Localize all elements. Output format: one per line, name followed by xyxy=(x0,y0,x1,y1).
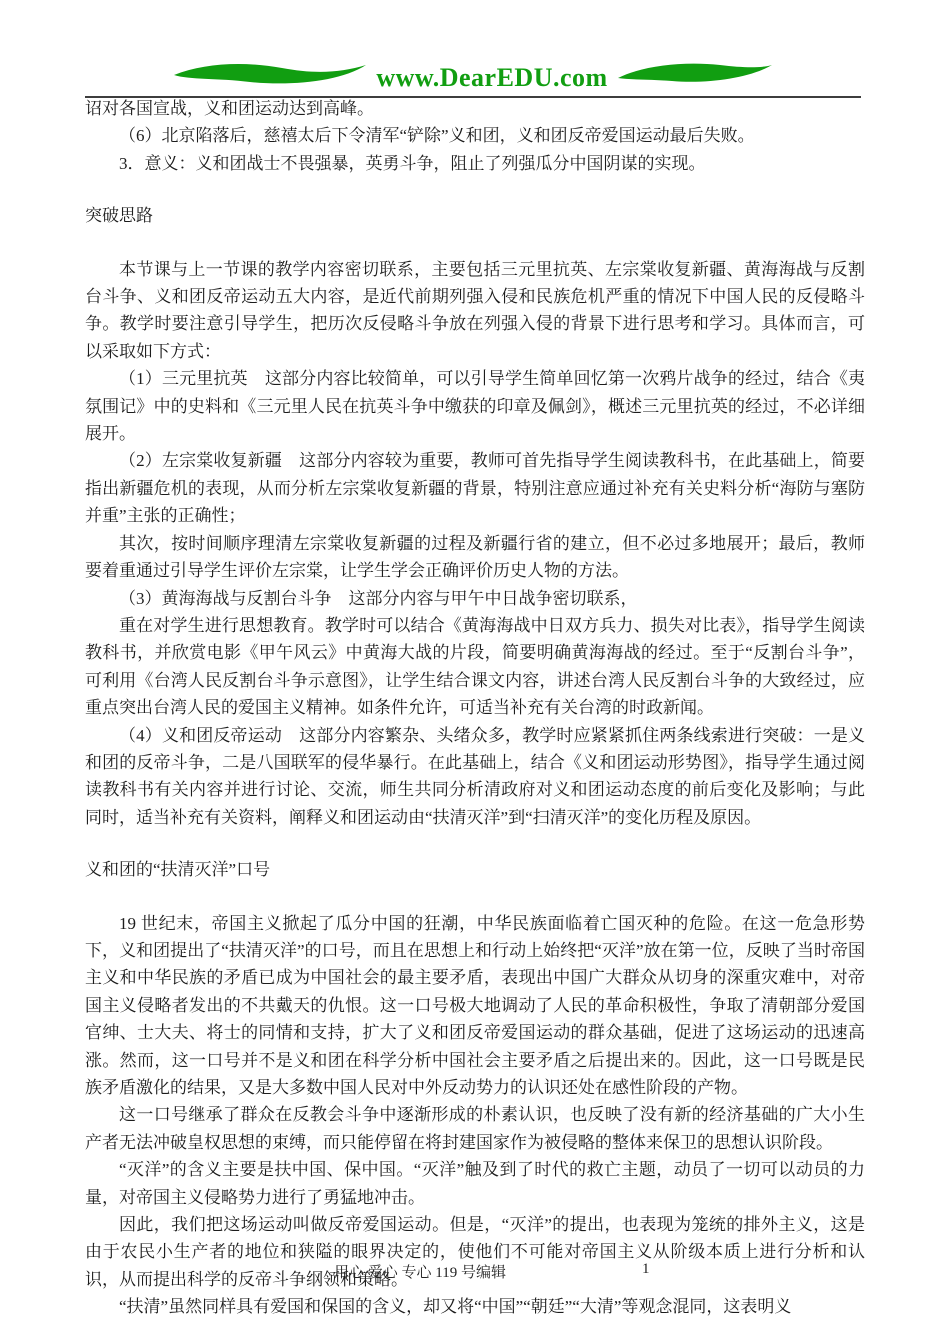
footer-page-number: 1 xyxy=(642,1261,650,1278)
paragraph: 这一口号继承了群众在反教会斗争中逐渐形成的朴素认识，也反映了没有新的经济基础的广… xyxy=(85,1101,865,1156)
paragraph: 3．意义：义和团战士不畏强暴，英勇斗争，阻止了列强瓜分中国阴谋的实现。 xyxy=(85,150,865,177)
paragraph: “灭洋”的含义主要是扶中国、保中国。“灭洋”触及到了时代的救亡主题，动员了一切可… xyxy=(85,1156,865,1211)
paragraph: （2）左宗棠收复新疆 这部分内容较为重要，教师可首先指导学生阅读教科书，在此基础… xyxy=(85,447,865,529)
paragraph: 19 世纪末，帝国主义掀起了瓜分中国的狂潮，中华民族面临着亡国灭种的危险。在这一… xyxy=(85,910,865,1102)
logo-swoosh-left-icon xyxy=(172,60,368,91)
paragraph: 重在对学生进行思想教育。教学时可以结合《黄海海战中日双方兵力、损失对比表》，指导… xyxy=(85,612,865,722)
logo-swoosh-right-icon xyxy=(616,60,774,91)
paragraph: 其次，按时间顺序理清左宗棠收复新疆的过程及新疆行省的建立，但不必过多地展开；最后… xyxy=(85,530,865,585)
paragraph: （3）黄海海战与反割台斗争 这部分内容与甲午中日战争密切联系， xyxy=(85,585,865,612)
section-heading: 义和团的“扶清灭洋”口号 xyxy=(85,856,865,883)
paragraph: 本节课与上一节课的教学内容密切联系，主要包括三元里抗英、左宗棠收复新疆、黄海海战… xyxy=(85,256,865,366)
paragraph: 诏对各国宣战，义和团运动达到高峰。 xyxy=(85,95,865,122)
section-heading: 突破思路 xyxy=(85,202,865,229)
dear-edu-logo-text: www.DearEDU.com xyxy=(376,65,607,91)
paragraph: （4）义和团反帝运动 这部分内容繁杂、头绪众多，教学时应紧紧抓住两条线索进行突破… xyxy=(85,722,865,832)
paragraph: （1）三元里抗英 这部分内容比较简单，可以引导学生简单回忆第一次鸦片战争的经过，… xyxy=(85,365,865,447)
site-header: www.DearEDU.com xyxy=(85,54,861,98)
paragraph: （6）北京陷落后，慈禧太后下令清军“铲除”义和团，义和团反帝爱国运动最后失败。 xyxy=(85,122,865,149)
document-body: 诏对各国宣战，义和团运动达到高峰。（6）北京陷落后，慈禧太后下令清军“铲除”义和… xyxy=(85,95,865,1321)
footer-editor-note: 用心 爱心 专心 119 号编辑 xyxy=(334,1261,506,1282)
document-page: www.DearEDU.com 诏对各国宣战，义和团运动达到高峰。（6）北京陷落… xyxy=(0,0,950,1344)
paragraph: “扶清”虽然同样具有爱国和保国的含义，却又将“中国”“朝廷”“大清”等观念混同，… xyxy=(85,1293,865,1320)
